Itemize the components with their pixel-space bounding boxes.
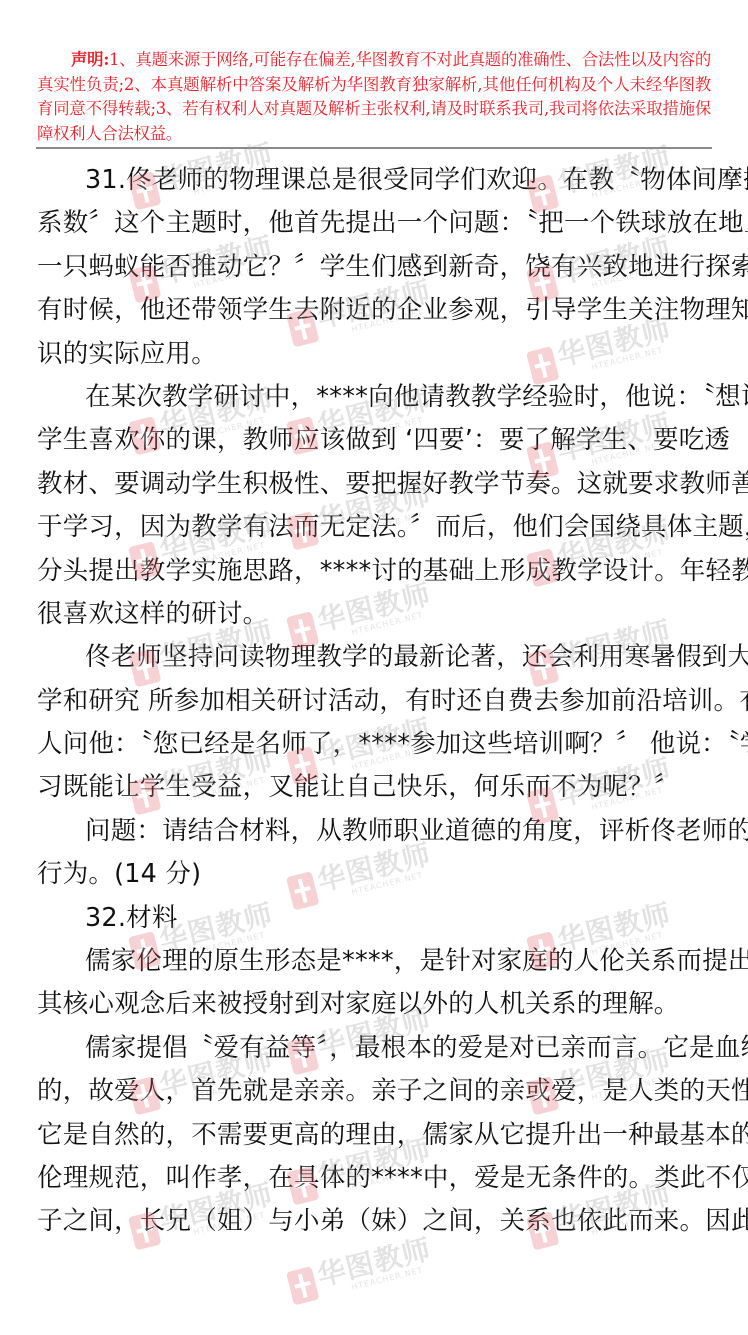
- text-line: 系数〞这个主题时，他首先提出一个问题：〝把一个铁球放在地上，: [37, 202, 713, 245]
- text-line: 教材、要调动学生积极性、要把握好教学节奏。这就要求教师善: [37, 463, 713, 506]
- text-line: 于学习，因为教学有法而无定法。〞而后，他们会国绕具体主题，: [37, 506, 713, 549]
- copyright-disclaimer: 声明:1、真题来源于网络,可能存在偏差,华图教育不对此真题的准确性、合法性以及内…: [37, 48, 711, 146]
- text-line: 的，故爱人，首先就是亲亲。亲子之间的亲或爱，是人类的天性，: [37, 1070, 713, 1113]
- document-body: 31.佟老师的物理课总是很受同学们欢迎。在教〝物体间摩擦系数〞这个主题时，他首先…: [37, 159, 713, 1244]
- text-line: 一只蚂蚁能否推动它？〞学生们感到新奇，饶有兴致地进行探索。: [37, 246, 713, 289]
- document-page: 声明:1、真题来源于网络,可能存在偏差,华图教育不对此真题的准确性、合法性以及内…: [0, 0, 748, 1335]
- text-line: 其核心观念后来被授射到对家庭以外的人机关系的理解。: [37, 983, 713, 1026]
- watermark-text: 华图教师HTEACHER.NET: [315, 1235, 437, 1299]
- text-line: 32.材料: [37, 897, 713, 940]
- header-divider: [36, 147, 712, 149]
- text-line: 有时候，他还带领学生去附近的企业参观，引导学生关注物理知: [37, 289, 713, 332]
- watermark-brand-en: HTEACHER.NET: [321, 1262, 436, 1299]
- text-line: 学和研究 所参加相关研讨活动，有时还自费去参加前沿培训。有: [37, 680, 713, 723]
- brand-logo-icon: [286, 1266, 319, 1305]
- watermark: 华图教师HTEACHER.NET: [286, 1235, 437, 1306]
- text-line: 它是自然的，不需要更高的理由，儒家从它提升出一种最基本的: [37, 1114, 713, 1157]
- text-line: 佟老师坚持问读物理教学的最新论著，还会利用寒暑假到大: [37, 636, 713, 679]
- disclaimer-lead: 声明:: [71, 50, 109, 69]
- text-line: 伦理规范，叫作孝，在具体的****中，爱是无条件的。类此不仅亲: [37, 1157, 713, 1200]
- text-line: 31.佟老师的物理课总是很受同学们欢迎。在教〝物体间摩擦: [37, 159, 713, 202]
- text-line: 识的实际应用。: [37, 333, 713, 376]
- text-line: 很喜欢这样的研讨。: [37, 593, 713, 636]
- text-line: 分头提出教学实施思路，****讨的基础上形成教学设计。年轻教师: [37, 550, 713, 593]
- text-line: 儒家伦理的原生形态是****，是针对家庭的人伦关系而提出的，: [37, 940, 713, 983]
- text-line: 问题：请结合材料，从教师职业道德的角度，评析佟老师的: [37, 810, 713, 853]
- text-line: 行为。(14 分): [37, 853, 713, 896]
- text-line: 学生喜欢你的课，教师应该做到 ‘四要’：要了解学生、要吃透: [37, 419, 713, 462]
- text-line: 习既能让学生受益，叉能让自己快乐，何乐而不为呢？〞: [37, 766, 713, 809]
- text-line: 子之间，长兄（姐）与小弟（妹）之间，关系也依此而来。因此，: [37, 1200, 713, 1243]
- text-line: 人问他：〝您已经是名师了，****参加这些培训啊？〞 他说：〝学: [37, 723, 713, 766]
- disclaimer-text: 1、真题来源于网络,可能存在偏差,华图教育不对此真题的准确性、合法性以及内容的真…: [37, 50, 711, 143]
- text-line: 在某次教学研讨中，****向他请教教学经验时，他说：〝想让: [37, 376, 713, 419]
- text-line: 儒家提倡〝爱有益等〞，最根本的爱是对已亲而言。它是血缘: [37, 1027, 713, 1070]
